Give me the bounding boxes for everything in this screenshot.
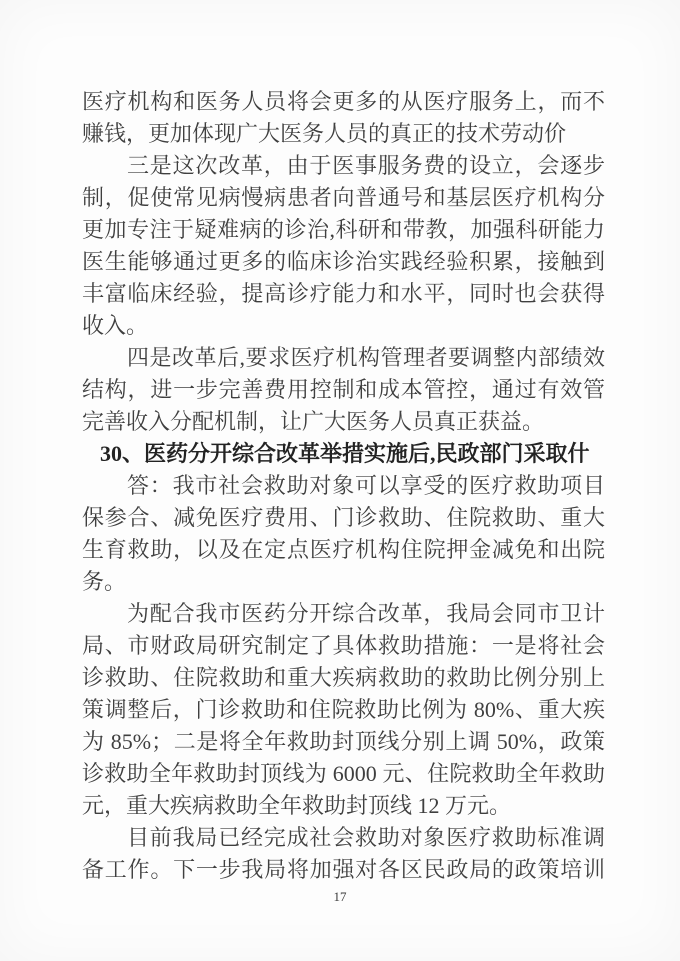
text-line: 医疗机构和医务人员将会更多的从医疗服务上，而不是从卖药上: [82, 86, 605, 118]
document-page: 医疗机构和医务人员将会更多的从医疗服务上，而不是从卖药上赚钱，更加体现广大医务人…: [0, 0, 680, 961]
text-line: 备工作。下一步我局将加强对各区民政局的政策培训和业务指导，: [82, 854, 605, 886]
page-number: 17: [0, 889, 680, 905]
text-line: 医生能够通过更多的临床诊治实践经验积累，接触到更多的患者，: [82, 246, 605, 278]
text-line: 三是这次改革，由于医事服务费的设立，会逐步通过价格机: [82, 150, 605, 182]
text-line: 更加专注于疑难病的诊治,科研和带教，加强科研能力提升。年轻: [82, 214, 605, 246]
text-line: 收入。: [82, 310, 605, 342]
document-body: 医疗机构和医务人员将会更多的从医疗服务上，而不是从卖药上赚钱，更加体现广大医务人…: [82, 86, 605, 886]
question-heading: 30、医药分开综合改革举措实施后,民政部门采取什么措施？: [82, 438, 605, 470]
text-line: 策调整后，门诊救助和住院救助比例为 80%、重大疾病救助比例: [82, 694, 605, 726]
text-line: 为配合我市医药分开综合改革，我局会同市卫计委、市人保: [82, 598, 605, 630]
text-line: 保参合、减免医疗费用、门诊救助、住院救助、重大疾病救助、: [82, 502, 605, 534]
text-line: 四是改革后,要求医疗机构管理者要调整内部绩效考核分配: [82, 342, 605, 374]
text-line: 诊救助全年救助封顶线为 6000 元、住院救助全年救助封顶线 6 万: [82, 758, 605, 790]
text-line: 务。: [82, 566, 605, 598]
text-line: 为 85%；二是将全年救助封顶线分别上调 50%，政策调整后，门: [82, 726, 605, 758]
text-line: 答：我市社会救助对象可以享受的医疗救助项目包括资助参: [82, 470, 605, 502]
text-line: 结构，进一步完善费用控制和成本管控，通过有效管理，调整和: [82, 374, 605, 406]
text-line: 诊救助、住院救助和重大疾病救助的救助比例分别上调 10%，政: [82, 662, 605, 694]
text-line: 元，重大疾病救助全年救助封顶线 12 万元。: [82, 790, 605, 822]
text-line: 赚钱，更加体现广大医务人员的真正的技术劳动价值。: [82, 118, 605, 150]
text-line: 目前我局已经完成社会救助对象医疗救助标准调整的各项准: [82, 822, 605, 854]
text-line: 生育救助，以及在定点医疗机构住院押金减免和出院即时结算服: [82, 534, 605, 566]
text-line: 局、市财政局研究制定了具体救助措施：一是将社会救助对象门: [82, 630, 605, 662]
text-line: 完善收入分配机制，让广大医务人员真正获益。: [82, 406, 605, 438]
text-line: 丰富临床经验，提高诊疗能力和水平，同时也会获得合理合法的: [82, 278, 605, 310]
text-line: 制，促使常见病慢病患者向普通号和基层医疗机构分流，专家会: [82, 182, 605, 214]
